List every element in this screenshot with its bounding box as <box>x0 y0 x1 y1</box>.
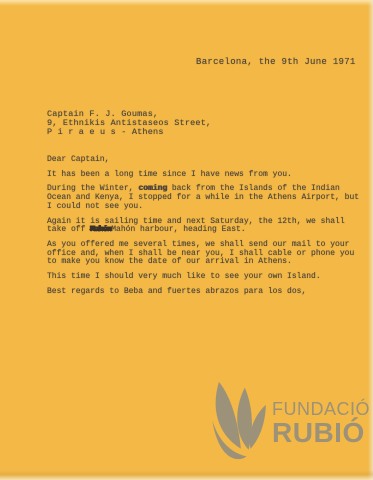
paper-edge-top <box>0 0 373 6</box>
paper-edge-bottom <box>0 470 373 480</box>
overtyped-word: coming <box>138 184 167 193</box>
paragraph-2-start: During the Winter, <box>47 184 138 193</box>
struck-out-word: Mahón <box>90 225 111 234</box>
paragraph-6: Best regards to Beba and fuertes abrazos… <box>47 288 363 297</box>
paragraph-2: During the Winter, coming back from the … <box>47 185 363 211</box>
letter-paper: Barcelona, the 9th June 1971 Captain F. … <box>0 0 373 480</box>
plant-leaves-icon <box>210 380 268 466</box>
paragraph-5: This time I should very much like to see… <box>47 273 363 282</box>
recipient-address: Captain F. J. Goumas, 9, Ethnikis Antist… <box>47 110 211 137</box>
salutation: Dear Captain, <box>47 156 363 165</box>
logo-text-rubio: RUBIÓ <box>272 419 370 447</box>
paragraph-3-end: Mahón harbour, heading East. <box>111 225 245 234</box>
fundacio-rubio-logo: FUNDACIÓ RUBIÓ <box>210 380 370 466</box>
logo-text-fundacio: FUNDACIÓ <box>272 400 370 418</box>
paragraph-1: It has been a long time since I have new… <box>47 171 363 180</box>
dateline: Barcelona, the 9th June 1971 <box>196 57 356 67</box>
paragraph-4: As you offered me several times, we shal… <box>47 241 363 267</box>
letter-body: Dear Captain, It has been a long time si… <box>47 156 363 302</box>
paragraph-3: Again it is sailing time and next Saturd… <box>47 218 363 235</box>
